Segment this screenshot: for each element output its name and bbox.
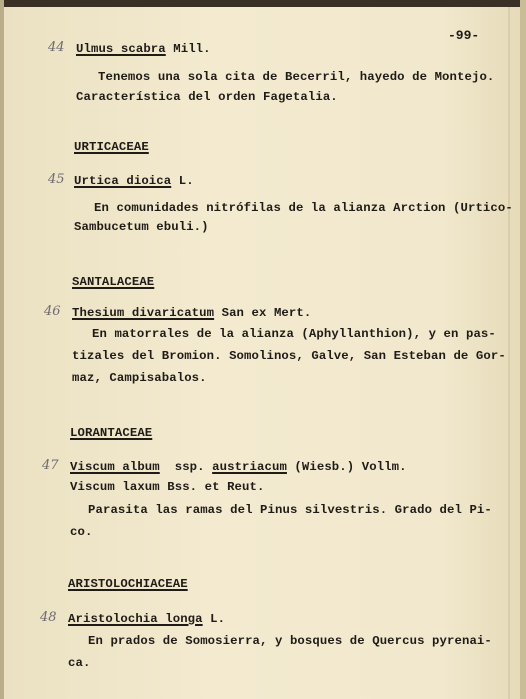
species-author: San ex Mert.: [214, 306, 311, 320]
entry-number: 46: [44, 304, 61, 319]
species-name: Aristolochia longa: [68, 612, 203, 626]
entry-number: 45: [48, 172, 65, 187]
entry-number: 44: [48, 40, 65, 55]
species-name: Viscum album: [70, 460, 160, 474]
species-heading: Urtica dioica L.: [74, 174, 194, 188]
paragraph-line: En matorrales de la alianza (Aphyllanthi…: [92, 327, 496, 341]
subspecies-rank: ssp.: [160, 460, 212, 474]
subspecies-name: austriacum: [212, 460, 287, 474]
paragraph-line: Característica del orden Fagetalia.: [76, 90, 338, 104]
entry-number: 47: [42, 458, 59, 473]
species-author: L.: [203, 612, 225, 626]
species-name: Ulmus scabra: [76, 42, 166, 56]
page-fold: [508, 7, 510, 699]
species-heading: Ulmus scabra Mill.: [76, 42, 211, 56]
species-author: Mill.: [166, 42, 211, 56]
scan-top-border: [0, 0, 526, 7]
species-author: L.: [171, 174, 193, 188]
paragraph-line: Parasita las ramas del Pinus silvestris.…: [88, 503, 492, 517]
species-heading: Thesium divaricatum San ex Mert.: [72, 306, 311, 320]
family-heading: URTICACEAE: [74, 140, 149, 154]
paragraph-line: tizales del Bromion. Somolinos, Galve, S…: [72, 349, 506, 363]
paragraph-line: Sambucetum ebuli.): [74, 220, 209, 234]
synonym: Viscum laxum Bss. et Reut.: [70, 480, 264, 494]
paragraph-line: Tenemos una sola cita de Becerril, hayed…: [98, 70, 494, 84]
paragraph-line: co.: [70, 525, 92, 539]
family-heading: SANTALACEAE: [72, 275, 154, 289]
species-name: Thesium divaricatum: [72, 306, 214, 320]
paragraph-line: maz, Campisabalos.: [72, 371, 207, 385]
species-heading: Viscum album ssp. austriacum (Wiesb.) Vo…: [70, 460, 407, 474]
page-right-edge: [520, 0, 526, 699]
page-left-edge: [0, 0, 4, 699]
paragraph-line: En comunidades nitrófilas de la alianza …: [94, 201, 513, 215]
family-heading: ARISTOLOCHIACEAE: [68, 577, 188, 591]
family-heading: LORANTACEAE: [70, 426, 152, 440]
paragraph-line: En prados de Somosierra, y bosques de Qu…: [88, 634, 492, 648]
paragraph-line: ca.: [68, 656, 90, 670]
species-heading: Aristolochia longa L.: [68, 612, 225, 626]
entry-number: 48: [40, 610, 57, 625]
species-author: (Wiesb.) Vollm.: [287, 460, 407, 474]
page-number: -99-: [448, 28, 479, 43]
species-name: Urtica dioica: [74, 174, 171, 188]
